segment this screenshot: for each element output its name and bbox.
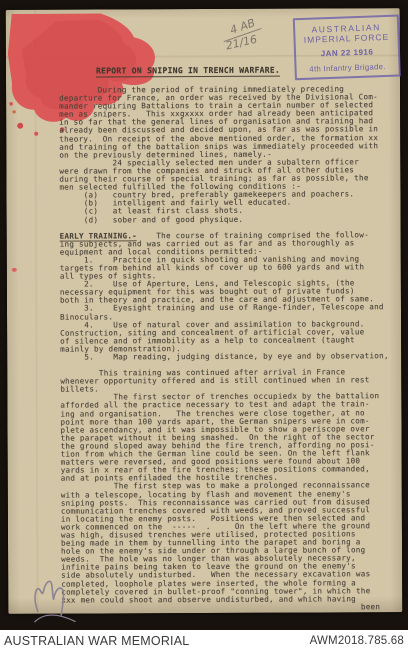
handwritten-registry-number: 4 AB 21/16 [219,17,264,53]
accession-number: AWM2018.785.68 [310,635,404,647]
stamp-unit: 4th Infantry Brigade. [298,62,396,74]
aif-date-stamp: AUSTRALIAN IMPERIAL FORCE JAN 22 1916 4t… [293,14,401,80]
scanned-document-page: 4 AB 21/16 AUSTRALIAN IMPERIAL FORCE JAN… [0,0,408,653]
para-intro: During the period of training immediatel… [59,85,401,159]
stamp-line-imperial-force: IMPERIAL FORCE [297,32,395,45]
para-selection: 24 specially selected men under a subalt… [59,158,401,224]
para-first-step: The first step was to make a prolonged r… [61,482,404,613]
section-heading-early-training: EARLY TRAINING.- [60,231,137,241]
stamp-date: JAN 22 1916 [298,47,396,59]
document-body: During the period of training immediatel… [59,85,403,612]
archive-footer: AUSTRALIAN WAR MEMORIAL AWM2018.785.68 [0,630,408,653]
document-title: REPORT ON SNIPING IN TRENCH WARFARE. [96,66,280,78]
para-continued: This training was continued after arriva… [60,368,402,394]
para-early-training: EARLY TRAINING.- The course of training … [60,231,403,362]
photo-area: 4 AB 21/16 AUSTRALIAN IMPERIAL FORCE JAN… [0,0,408,630]
document-paper: 4 AB 21/16 AUSTRALIAN IMPERIAL FORCE JAN… [6,8,403,614]
para-first-sector: The first sector of trenches occupiedx b… [60,393,402,484]
pencil-initials-mark [23,563,83,631]
red-ink-speck [12,268,17,272]
archive-name: AUSTRALIAN WAR MEMORIAL [4,634,189,648]
